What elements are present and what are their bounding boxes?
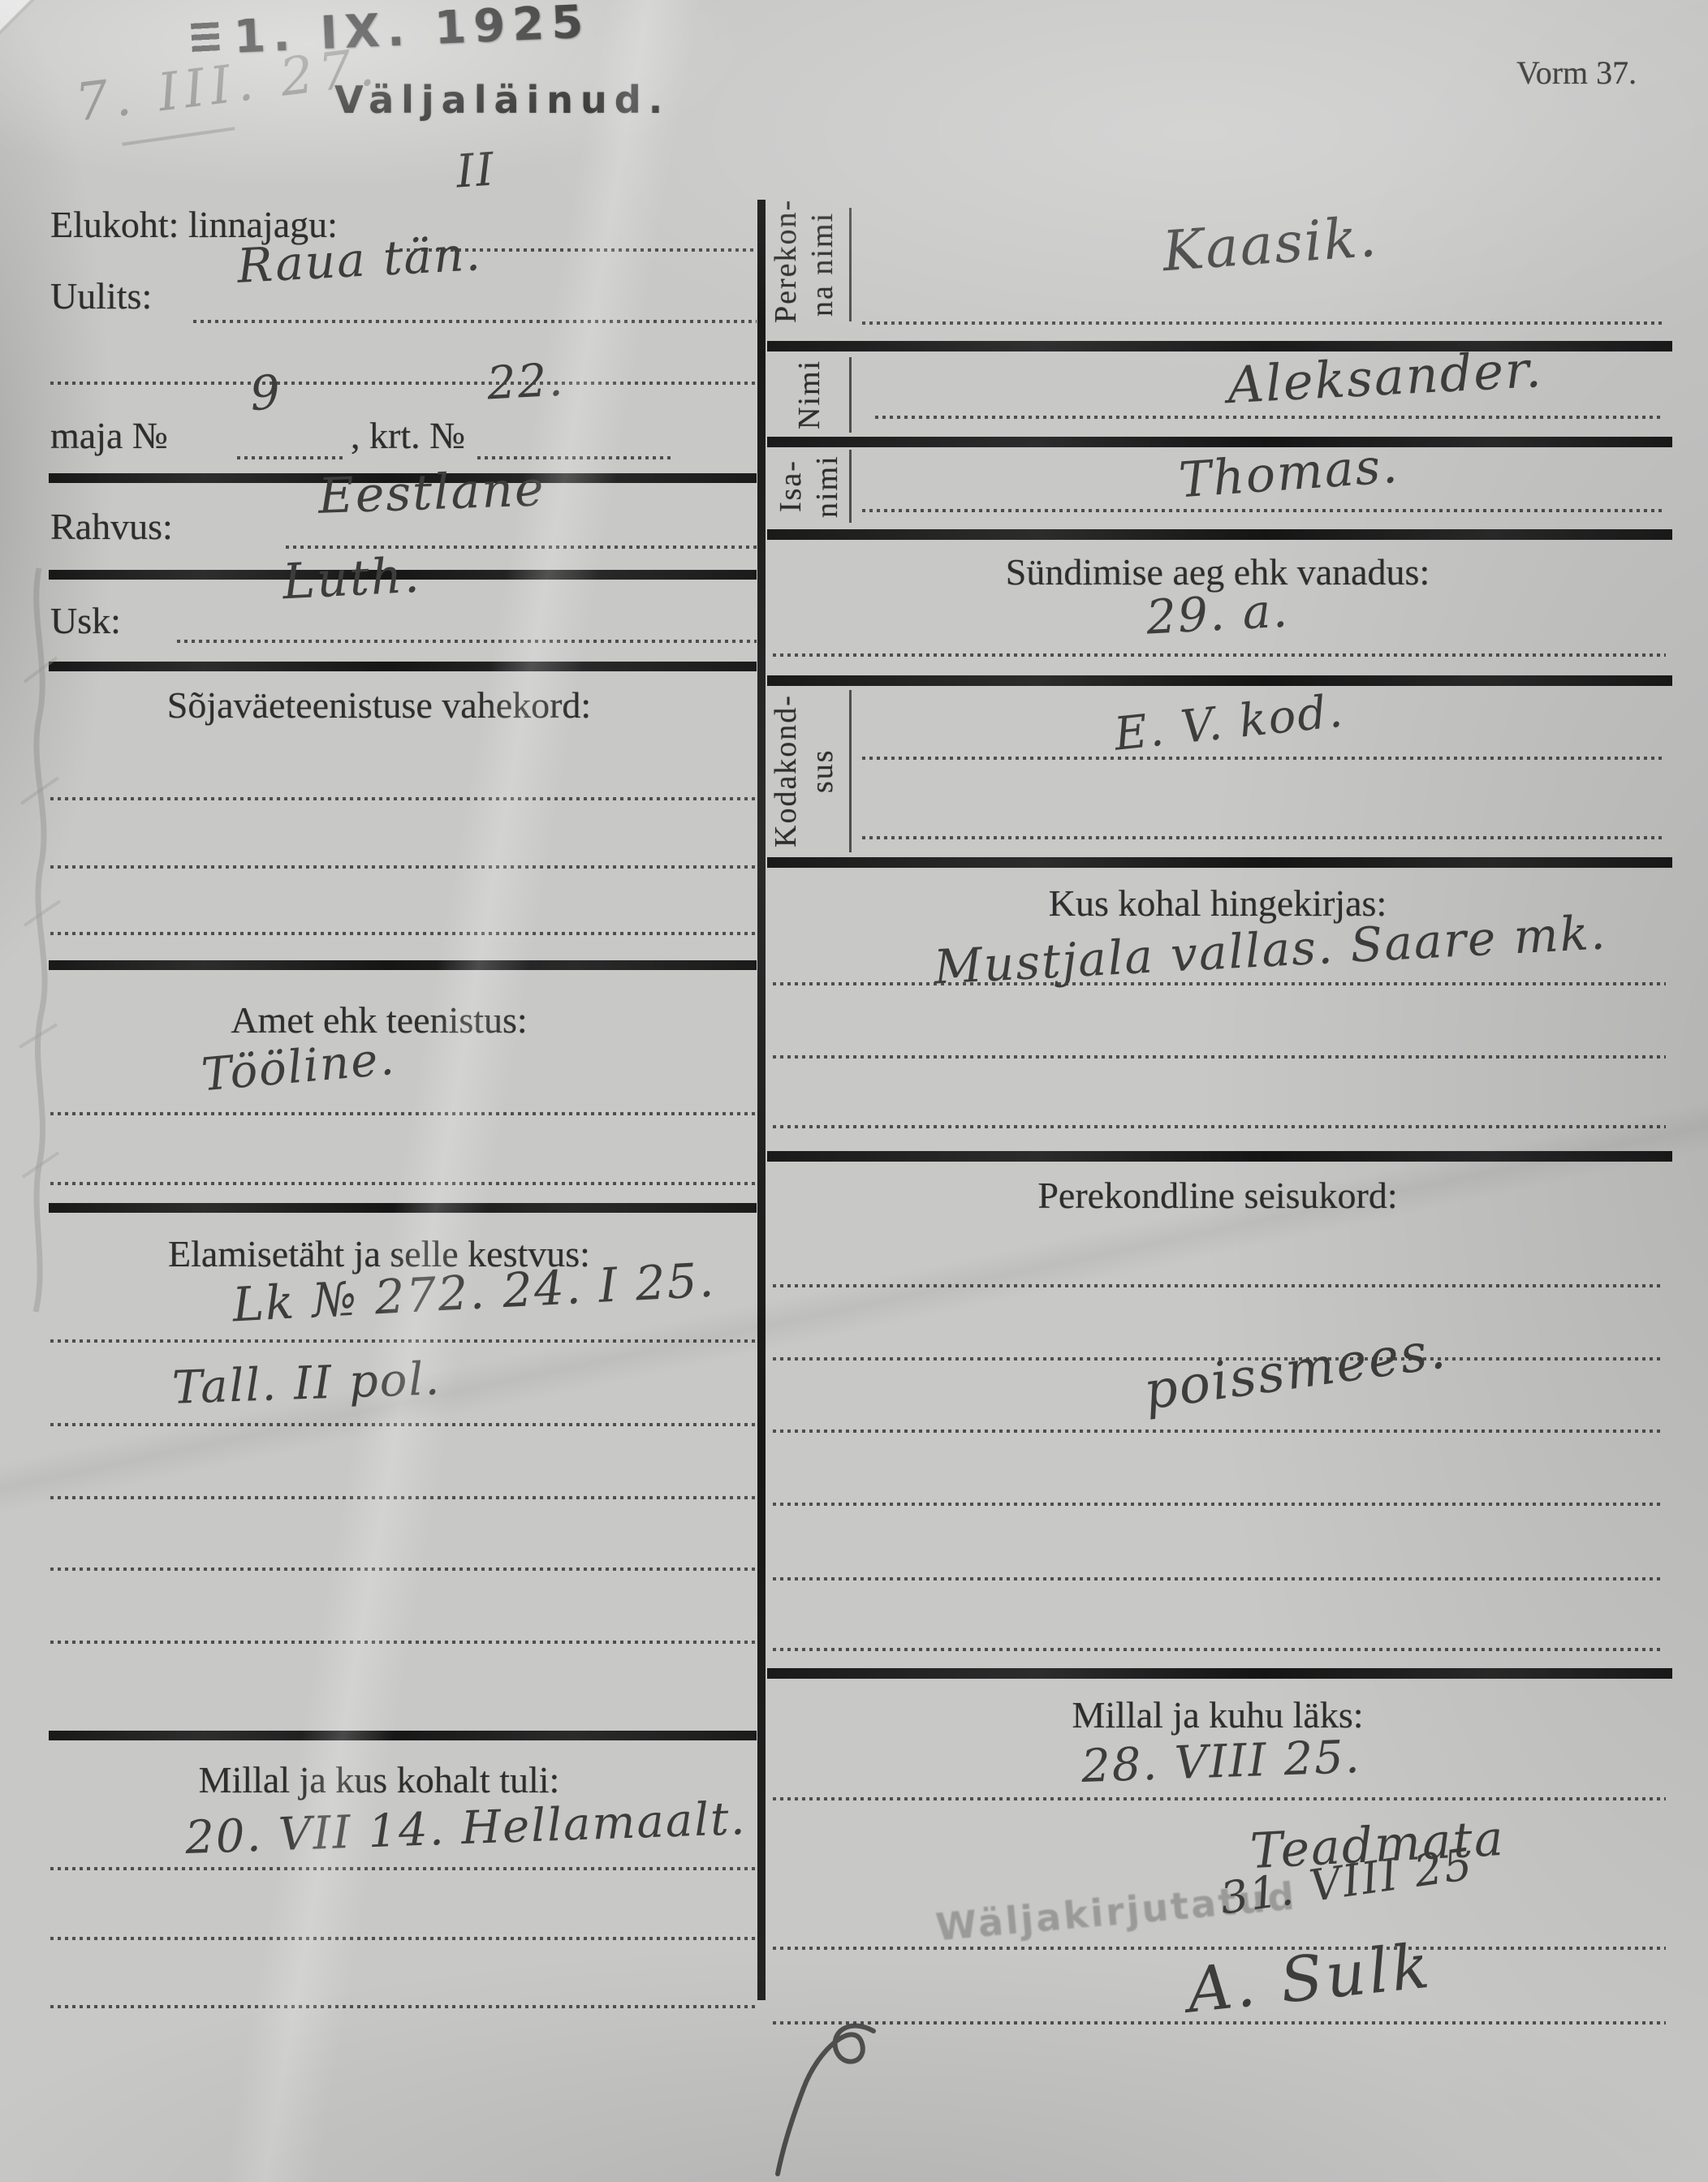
seisukord-heading: Perekondline seisukord: (767, 1174, 1668, 1217)
dotted-line (875, 416, 1664, 419)
dotted-line (862, 757, 1662, 760)
stamp-edge-mark (191, 22, 220, 54)
perekonnanimi-label-line2: na nimi (804, 205, 841, 323)
dotted-line (50, 1112, 757, 1115)
dotted-line (193, 320, 757, 323)
laks-heading: Millal ja kuhu läks: (767, 1693, 1668, 1736)
margin-pencil-scribble (0, 560, 73, 1323)
rahvus-label: Rahvus: (50, 505, 173, 548)
dotted-line (50, 382, 757, 385)
elukoht-value-handwritten: II (455, 143, 498, 198)
dotted-line (177, 640, 757, 643)
section-bar (49, 662, 757, 671)
dotted-line (50, 1641, 757, 1644)
dotted-line (862, 509, 1662, 512)
kodakondsus-label: Kodakond- sus (768, 687, 846, 856)
elamistaht-value2-handwritten: Tall. II pol. (171, 1352, 442, 1415)
form-title: Väljaläinud. (334, 78, 670, 122)
dotted-line (773, 1430, 1662, 1433)
column-divider (757, 200, 766, 2000)
perekonnanimi-value-handwritten: Kaasik. (1161, 205, 1380, 284)
scanned-form-page: 1. IX. 1925 7. III. 27. Väljaläinud. Vor… (0, 0, 1708, 2182)
dotted-line (773, 2021, 1666, 2025)
perekonnanimi-label-line1: Perekon- (768, 205, 804, 323)
sojavae-heading: Sõjaväeteenistuse vahekord: (50, 683, 708, 727)
maja-value-handwritten: 9 (248, 364, 284, 422)
section-bar (767, 437, 1672, 447)
dotted-line (862, 836, 1662, 839)
section-bar (49, 1731, 757, 1740)
dotted-line (237, 456, 347, 459)
dotted-line (477, 456, 672, 459)
section-bar (49, 960, 757, 970)
dotted-line (773, 1648, 1662, 1651)
isanimi-label-line2: nimi (809, 446, 846, 526)
uulits-value-handwritten: Raua tän. (235, 226, 483, 294)
dotted-line (50, 797, 757, 800)
seisukord-value-handwritten: poissmees. (1141, 1320, 1451, 1422)
label-rule (849, 450, 852, 523)
kodakondsus-label-line1: Kodakond- (768, 687, 804, 856)
label-rule (849, 690, 852, 852)
dotted-line (50, 1568, 757, 1571)
dotted-line (773, 982, 1666, 985)
kodakondsus-label-line2: sus (804, 687, 841, 856)
krt-label: , krt. № (351, 414, 465, 457)
isanimi-label: Isa- nimi (773, 446, 851, 526)
pencil-underline (122, 127, 235, 145)
dotted-line (50, 1182, 757, 1185)
dotted-line (50, 1937, 757, 1940)
dotted-line (773, 1797, 1666, 1800)
dotted-line (773, 1947, 1666, 1950)
label-rule (849, 357, 852, 433)
section-bar (49, 1203, 757, 1213)
uulits-label: Uulits: (50, 274, 152, 317)
dotted-line (773, 1577, 1662, 1580)
dotted-line (773, 1503, 1662, 1506)
clerk-signature: A. Sulk (1184, 1929, 1435, 2026)
isanimi-value-handwritten: Thomas. (1177, 438, 1401, 510)
dotted-line (773, 653, 1666, 657)
tuli-value-handwritten: 20. VII 14. Hellamaalt. (184, 1792, 747, 1865)
dotted-line (50, 932, 757, 935)
dotted-line (50, 865, 757, 869)
tuli-heading: Millal ja kus kohalt tuli: (50, 1758, 708, 1801)
dotted-line (50, 1867, 757, 1870)
dotted-line (50, 2005, 757, 2008)
dotted-line (773, 1125, 1666, 1128)
perekonnanimi-label: Perekon- na nimi (768, 205, 846, 323)
dotted-line (862, 321, 1662, 325)
dotted-line (50, 1496, 757, 1499)
maja-label: maja № (50, 414, 168, 457)
section-bar (767, 1668, 1672, 1679)
section-bar (767, 1151, 1672, 1162)
section-bar (767, 675, 1672, 686)
form-number: Vorm 37. (1516, 54, 1637, 92)
dotted-line (286, 545, 757, 549)
krt-value-handwritten: 22. (485, 354, 565, 411)
dotted-line (50, 1423, 757, 1426)
dotted-line (773, 1055, 1666, 1059)
usk-value-handwritten: Luth. (281, 547, 422, 611)
amet-value-handwritten: Tööline. (200, 1033, 398, 1102)
laks-date-handwritten: 28. VIII 25. (1080, 1731, 1362, 1793)
isanimi-label-line1: Isa- (773, 446, 809, 526)
dotted-line (50, 1339, 757, 1343)
kodakondsus-value-handwritten: E. V. kod. (1111, 684, 1346, 761)
dotted-line (773, 1284, 1662, 1287)
rahvus-value-handwritten: Eestlane (317, 460, 546, 525)
nimi-label: Nimi (791, 354, 832, 435)
signature-flourish (770, 2013, 891, 2182)
section-bar (767, 857, 1672, 868)
label-rule (849, 208, 852, 321)
nimi-label-line: Nimi (791, 354, 828, 435)
sundimine-value-handwritten: 29. a. (1145, 582, 1290, 645)
section-bar (767, 529, 1672, 540)
